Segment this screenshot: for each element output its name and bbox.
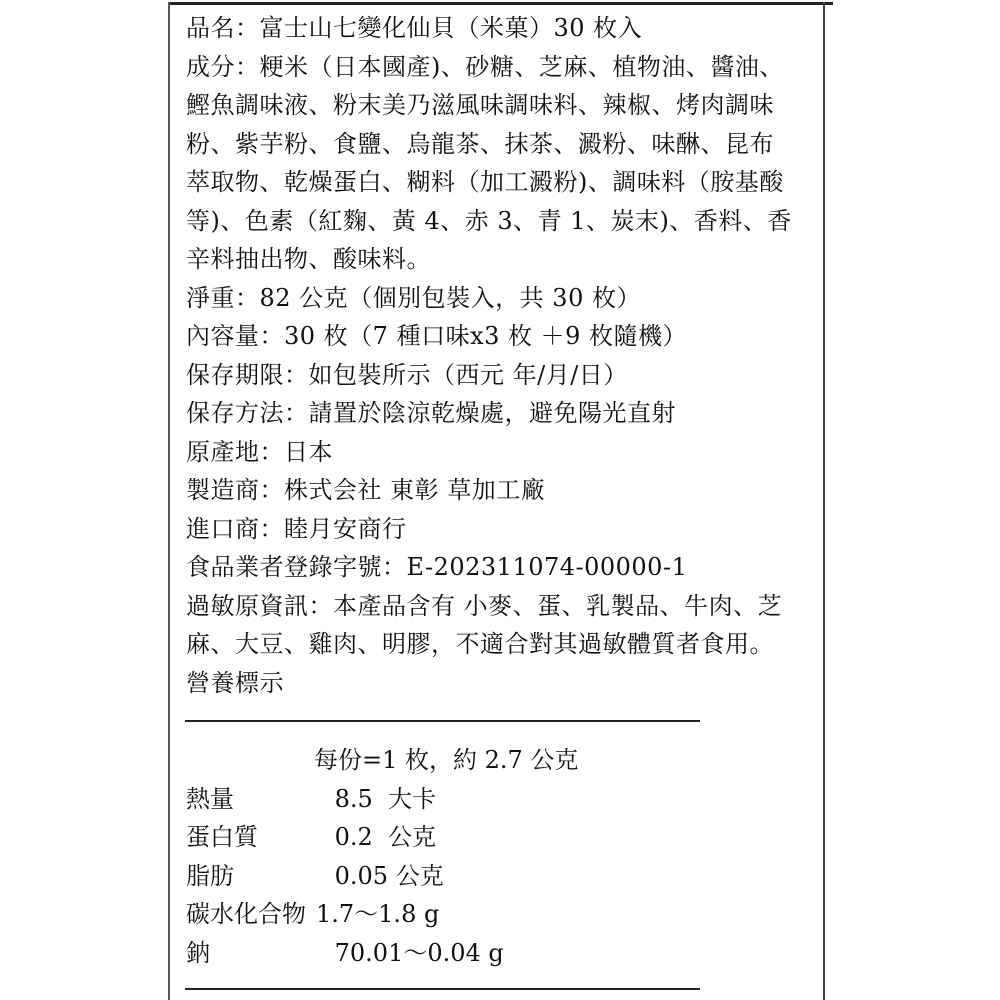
contents-line: 內容量：30 枚（7 種口味x3 枚 ＋9 枚隨機） [186, 317, 826, 356]
manufacturer-line: 製造商：株式会社 東彰 草加工廠 [186, 471, 826, 510]
nutrient-name: 熱量 [186, 780, 327, 819]
nutrition-bottom-divider [185, 988, 700, 990]
ingredients-line: 粉、紫芋粉、食鹽、烏龍茶、抹茶、澱粉、味醂、昆布 [186, 125, 826, 164]
nutrition-row-sodium: 鈉 70.01～0.04 g [186, 934, 786, 973]
nutrition-row-carbohydrate: 碳水化合物 1.7～1.8 g [186, 895, 786, 934]
ingredients-line: 成分：粳米（日本國產)、砂糖、芝麻、植物油、醬油、 [186, 48, 826, 87]
ingredients-line: 鰹魚調味液、粉末美乃滋風味調味料、辣椒、烤肉調味 [186, 86, 826, 125]
ingredients-line: 辛料抽出物、酸味料。 [186, 240, 826, 279]
top-border [168, 2, 833, 5]
nutrient-name: 蛋白質 [186, 818, 327, 857]
nutrient-name: 鈉 [186, 934, 327, 973]
ingredients-line: 等)、色素（紅麴、黃 4、赤 3、青 1、炭末)、香料、香 [186, 202, 826, 241]
product-label: 品名：富士山七變化仙貝（米菓）30 枚入 成分：粳米（日本國產)、砂糖、芝麻、植… [186, 9, 826, 702]
nutrition-heading: 營養標示 [186, 664, 826, 703]
nutrient-name: 脂肪 [186, 857, 327, 896]
nutrient-value: 1.7～1.8 g [316, 895, 439, 934]
nutrition-row-fat: 脂肪 0.05 公克 [186, 857, 786, 896]
net-weight-line: 淨重：82 公克（個別包裝入，共 30 枚） [186, 279, 826, 318]
nutrition-row-protein: 蛋白質 0.2 公克 [186, 818, 786, 857]
nutrient-name: 碳水化合物 [186, 895, 316, 934]
nutrient-value: 8.5 大卡 [327, 780, 436, 819]
importer-line: 進口商：睦月安商行 [186, 510, 826, 549]
nutrition-top-divider [185, 720, 700, 722]
ingredients-line: 萃取物、乾燥蛋白、糊料（加工澱粉)、調味料（胺基酸 [186, 163, 826, 202]
registration-line: 食品業者登錄字號：E-202311074-00000-1 [186, 548, 826, 587]
allergen-line: 麻、大豆、雞肉、明膠，不適合對其過敏體質者食用。 [186, 625, 826, 664]
nutrient-value: 70.01～0.04 g [327, 934, 504, 973]
nutrient-value: 0.05 公克 [327, 857, 444, 896]
left-border [168, 2, 170, 1000]
product-name-line: 品名：富士山七變化仙貝（米菓）30 枚入 [186, 9, 826, 48]
origin-line: 原產地：日本 [186, 433, 826, 472]
nutrition-table: 每份=1 枚，約 2.7 公克 熱量 8.5 大卡 蛋白質 0.2 公克 脂肪 … [186, 741, 786, 972]
nutrient-value: 0.2 公克 [327, 818, 436, 857]
storage-line: 保存方法：請置於陰涼乾燥處，避免陽光直射 [186, 394, 826, 433]
allergen-line: 過敏原資訊：本產品含有 小麥、蛋、乳製品、牛肉、芝 [186, 587, 826, 626]
serving-size: 每份=1 枚，約 2.7 公克 [186, 741, 786, 780]
nutrition-row-calories: 熱量 8.5 大卡 [186, 780, 786, 819]
expiry-line: 保存期限：如包裝所示（西元 年/月/日） [186, 356, 826, 395]
